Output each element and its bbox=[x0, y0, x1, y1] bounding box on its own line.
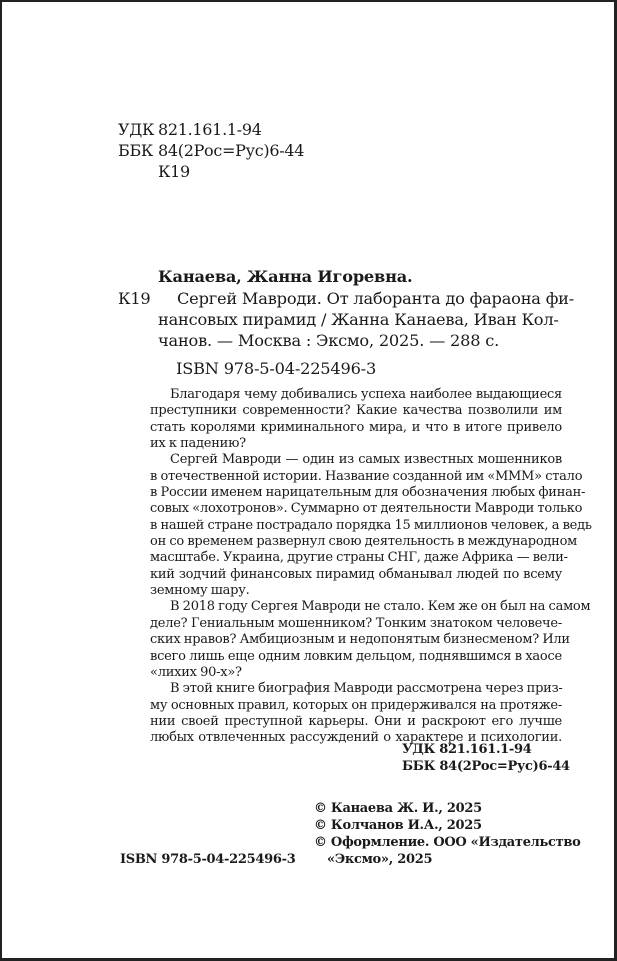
text-line: му основных правил, которых он придержив… bbox=[150, 698, 562, 714]
bib-line-3: чанов. — Москва : Эксмо, 2025. — 288 с. bbox=[158, 330, 499, 352]
isbn-entry: ISBN 978-5-04-225496-3 bbox=[176, 358, 376, 380]
bib-line-2: нансовых пирамид / Жанна Канаева, Иван К… bbox=[158, 309, 559, 331]
copyright-line-2: © Колчанов И.А., 2025 bbox=[314, 818, 482, 834]
text-line: совых «лохотронов». Суммарно от деятельн… bbox=[150, 501, 562, 517]
text-line: В 2018 году Сергея Мавроди не стало. Кем… bbox=[150, 599, 562, 615]
udk-value: 821.161.1-94 bbox=[158, 120, 262, 140]
text-line: нии своей преступной карьеры. Они и раск… bbox=[150, 714, 562, 730]
text-line: ских нравов? Амбициозным и недопонятым б… bbox=[150, 632, 562, 648]
text-line: он со временем развернул свою деятельнос… bbox=[150, 534, 562, 550]
text-line: в отечественной истории. Название создан… bbox=[150, 469, 562, 485]
annotation: Благодаря чему добивались успеха наиболе… bbox=[150, 387, 562, 747]
annotation-paragraph-2: Сергей Мавроди — один из самых известных… bbox=[150, 452, 562, 599]
author-mark-top: К19 bbox=[158, 162, 190, 182]
text-line: в нашей стране пострадало порядка 15 мил… bbox=[150, 518, 562, 534]
book-imprint-page: УДК 821.161.1-94 ББК 84(2Рос=Рус)6-44 К1… bbox=[2, 2, 614, 958]
text-line: Сергей Мавроди — один из самых известных… bbox=[150, 452, 562, 468]
text-line: их к падению? bbox=[150, 436, 562, 452]
text-line: масштабе. Украина, другие страны СНГ, да… bbox=[150, 550, 562, 566]
footer-isbn: ISBN 978-5-04-225496-3 bbox=[120, 852, 295, 868]
text-line: кий зодчий финансовых пирамид обманывал … bbox=[150, 567, 562, 583]
copyright-line-4: «Эксмо», 2025 bbox=[327, 852, 432, 868]
text-line: всего лишь еще одним ловким дельцом, под… bbox=[150, 649, 562, 665]
text-line: В этой книге биография Мавроди рассмотре… bbox=[150, 681, 562, 697]
text-line: «лихих 90-х»? bbox=[150, 665, 562, 681]
annotation-paragraph-3: В 2018 году Сергея Мавроди не стало. Кем… bbox=[150, 599, 562, 681]
text-line: земному шару. bbox=[150, 583, 562, 599]
bib-line-1: Сергей Мавроди. От лаборанта до фараона … bbox=[177, 288, 574, 310]
bbk-value: 84(2Рос=Рус)6-44 bbox=[158, 141, 304, 161]
text-line: стать королями криминального мира, и что… bbox=[150, 420, 562, 436]
author-heading: Канаева, Жанна Игоревна. bbox=[158, 266, 412, 288]
udk-label: УДК bbox=[118, 120, 154, 140]
text-line: Благодаря чему добивались успеха наиболе… bbox=[150, 387, 562, 403]
annotation-paragraph-1: Благодаря чему добивались успеха наиболе… bbox=[150, 387, 562, 452]
annotation-bbk: ББК 84(2Рос=Рус)6-44 bbox=[402, 759, 570, 775]
text-line: деле? Гениальным мошенником? Тонким знат… bbox=[150, 616, 562, 632]
copyright-line-3: © Оформление. ООО «Издательство bbox=[314, 835, 581, 851]
bbk-label: ББК bbox=[118, 141, 153, 161]
author-mark: К19 bbox=[118, 288, 151, 310]
copyright-line-1: © Канаева Ж. И., 2025 bbox=[314, 801, 482, 817]
annotation-paragraph-4: В этой книге биография Мавроди рассмотре… bbox=[150, 681, 562, 746]
annotation-udk: УДК 821.161.1-94 bbox=[402, 742, 532, 758]
text-line: преступники современности? Какие качеств… bbox=[150, 403, 562, 419]
text-line: в России именем нарицательным для обозна… bbox=[150, 485, 562, 501]
